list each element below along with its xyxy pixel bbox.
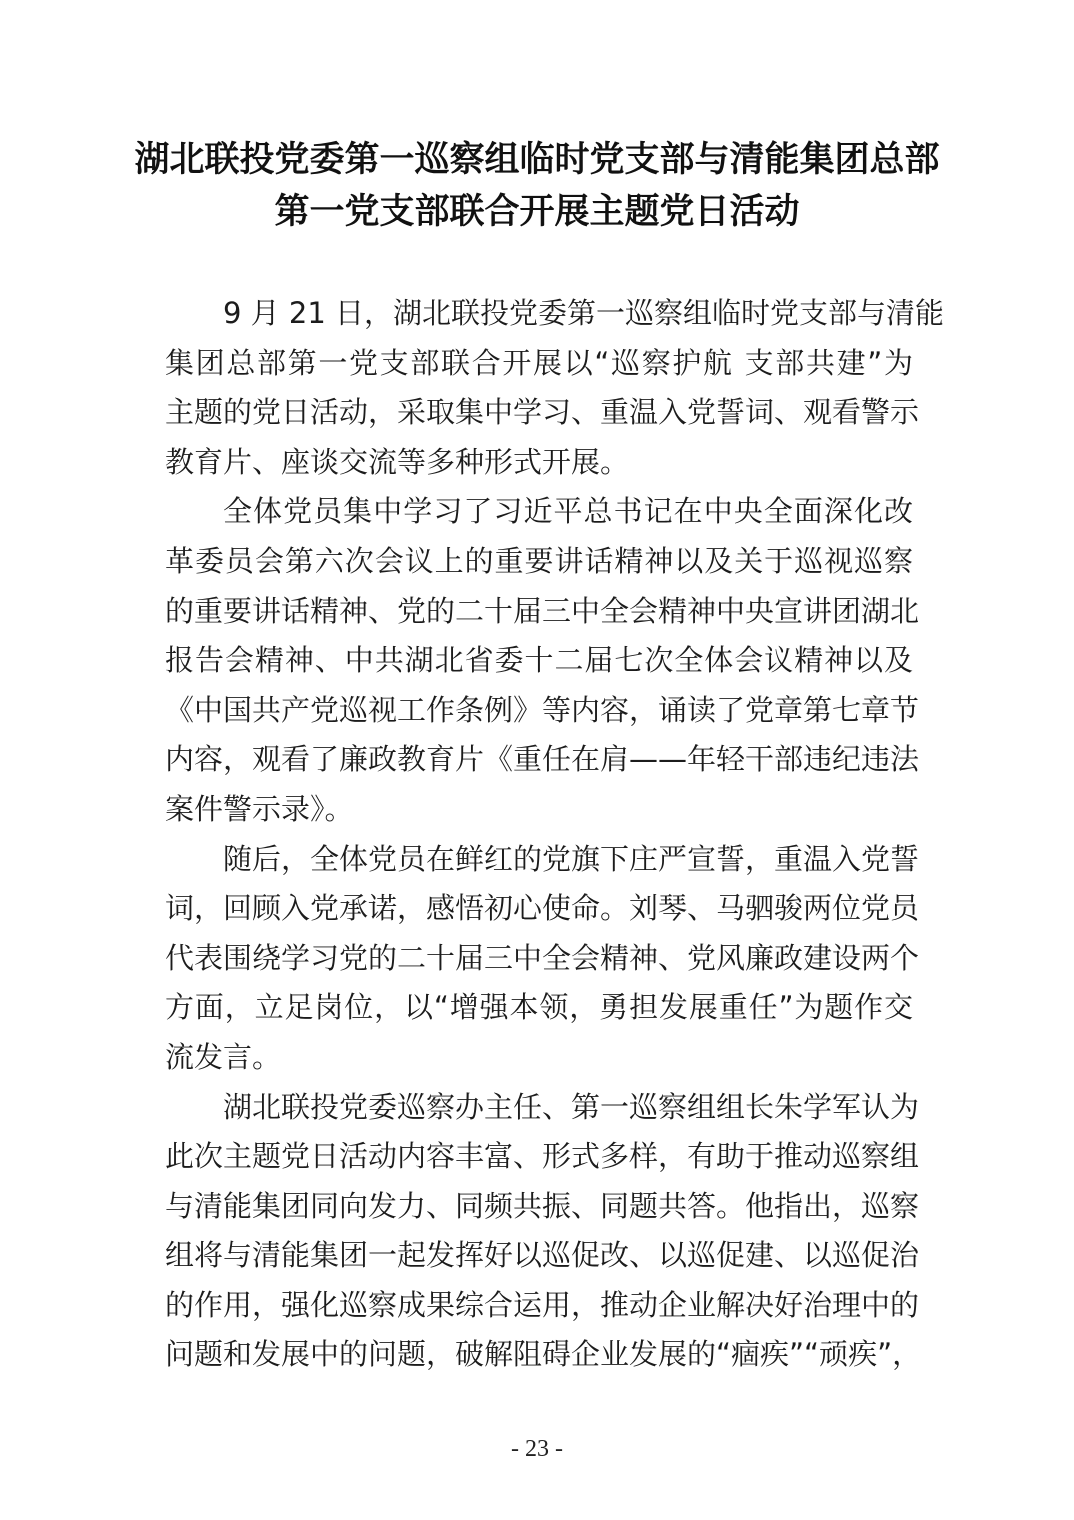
paragraph-line: 组将与清能集团一起发挥好以巡促改、以巡促建、以巡促治 — [165, 1231, 913, 1281]
paragraph-line: 流发言。 — [165, 1033, 913, 1083]
paragraph-line: 随后，全体党员在鲜红的党旗下庄严宣誓，重温入党誓 — [165, 835, 913, 885]
paragraph-line: 问题和发展中的问题，破解阻碍企业发展的“痼疾”“顽疾”， — [165, 1330, 913, 1380]
paragraph-line: 《中国共产党巡视工作条例》等内容，诵读了党章第七章节 — [165, 686, 913, 736]
paragraph-line: 报告会精神、中共湖北省委十二届七次全体会议精神以及 — [165, 636, 913, 686]
title-line-1: 湖北联投党委第一巡察组临时党支部与清能集团总部 — [0, 134, 1074, 186]
paragraph-line: 方面，立足岗位，以“增强本领，勇担发展重任”为题作交 — [165, 983, 913, 1033]
paragraph-line: 全体党员集中学习了习近平总书记在中央全面深化改 — [165, 487, 913, 537]
paragraph-line: 案件警示录》。 — [165, 785, 913, 835]
paragraph-line: 教育片、座谈交流等多种形式开展。 — [165, 438, 913, 488]
paragraph-line: 内容，观看了廉政教育片《重任在肩——年轻干部违纪违法 — [165, 735, 913, 785]
paragraph-line: 集团总部第一党支部联合开展以“巡察护航 支部共建”为 — [165, 339, 913, 389]
page-number: - 23 - — [0, 1436, 1074, 1463]
paragraph-line: 代表围绕学习党的二十届三中全会精神、党风廉政建设两个 — [165, 934, 913, 984]
paragraph-3: 随后，全体党员在鲜红的党旗下庄严宣誓，重温入党誓 词，回顾入党承诺，感悟初心使命… — [165, 835, 913, 1083]
paragraph-line: 主题的党日活动，采取集中学习、重温入党誓词、观看警示 — [165, 388, 913, 438]
paragraph-line: 词，回顾入党承诺，感悟初心使命。刘琴、马驷骏两位党员 — [165, 884, 913, 934]
document-page: 湖北联投党委第一巡察组临时党支部与清能集团总部 第一党支部联合开展主题党日活动 … — [0, 0, 1074, 1520]
document-body: 9 月 21 日，湖北联投党委第一巡察组临时党支部与清能 集团总部第一党支部联合… — [165, 289, 913, 1380]
paragraph-line: 革委员会第六次会议上的重要讲话精神以及关于巡视巡察 — [165, 537, 913, 587]
paragraph-line: 的作用，强化巡察成果综合运用，推动企业解决好治理中的 — [165, 1281, 913, 1331]
title-line-2: 第一党支部联合开展主题党日活动 — [0, 186, 1074, 238]
paragraph-4: 湖北联投党委巡察办主任、第一巡察组组长朱学军认为 此次主题党日活动内容丰富、形式… — [165, 1083, 913, 1381]
paragraph-line: 9 月 21 日，湖北联投党委第一巡察组临时党支部与清能 — [165, 289, 913, 339]
paragraph-2: 全体党员集中学习了习近平总书记在中央全面深化改 革委员会第六次会议上的重要讲话精… — [165, 487, 913, 834]
paragraph-line: 湖北联投党委巡察办主任、第一巡察组组长朱学军认为 — [165, 1083, 913, 1133]
paragraph-line: 与清能集团同向发力、同频共振、同题共答。他指出，巡察 — [165, 1182, 913, 1232]
paragraph-line: 此次主题党日活动内容丰富、形式多样，有助于推动巡察组 — [165, 1132, 913, 1182]
paragraph-1: 9 月 21 日，湖北联投党委第一巡察组临时党支部与清能 集团总部第一党支部联合… — [165, 289, 913, 487]
paragraph-line: 的重要讲话精神、党的二十届三中全会精神中央宣讲团湖北 — [165, 587, 913, 637]
